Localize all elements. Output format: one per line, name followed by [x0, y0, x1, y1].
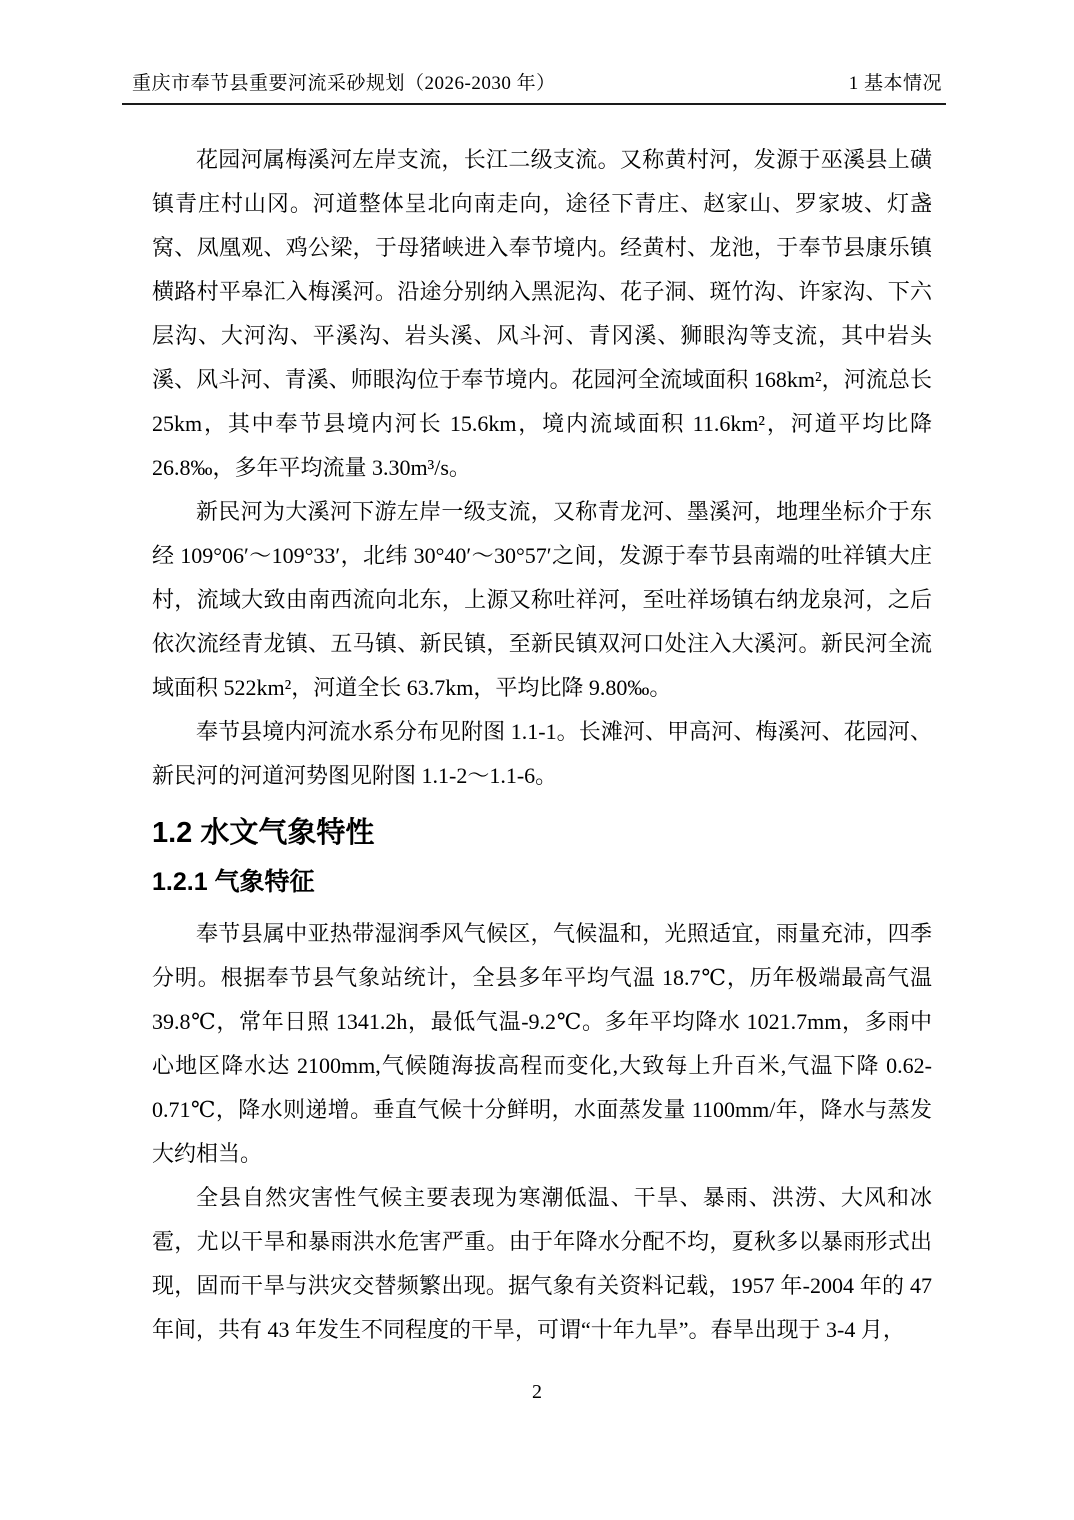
document-body: 花园河属梅溪河左岸支流，长江二级支流。又称黄村河，发源于巫溪县上磺镇青庄村山冈。… — [152, 138, 932, 1352]
document-page: 重庆市奉节县重要河流采砂规划（2026-2030 年） 1 基本情况 花园河属梅… — [0, 0, 1074, 1520]
page-footer: 2 — [0, 1378, 1074, 1406]
section-heading-hydrometeorology: 1.2 水文气象特性 — [152, 814, 932, 852]
header-document-title: 重庆市奉节县重要河流采砂规划（2026-2030 年） — [132, 72, 556, 96]
paragraph-disaster-climate: 全县自然灾害性气候主要表现为寒潮低温、干旱、暴雨、洪涝、大风和冰雹，尤以干旱和暴… — [152, 1176, 932, 1352]
paragraph-huayuan-river: 花园河属梅溪河左岸支流，长江二级支流。又称黄村河，发源于巫溪县上磺镇青庄村山冈。… — [152, 138, 932, 490]
subsection-heading-meteorological-features: 1.2.1 气象特征 — [152, 866, 932, 898]
header-chapter-label: 1 基本情况 — [849, 72, 942, 96]
page-number: 2 — [532, 1381, 542, 1403]
page-header: 重庆市奉节县重要河流采砂规划（2026-2030 年） 1 基本情况 — [122, 72, 946, 105]
paragraph-map-references: 奉节县境内河流水系分布见附图 1.1-1。长滩河、甲高河、梅溪河、花园河、新民河… — [152, 710, 932, 798]
paragraph-xinmin-river: 新民河为大溪河下游左岸一级支流，又称青龙河、墨溪河，地理坐标介于东经 109°0… — [152, 490, 932, 710]
paragraph-climate-overview: 奉节县属中亚热带湿润季风气候区，气候温和，光照适宜，雨量充沛，四季分明。根据奉节… — [152, 912, 932, 1176]
